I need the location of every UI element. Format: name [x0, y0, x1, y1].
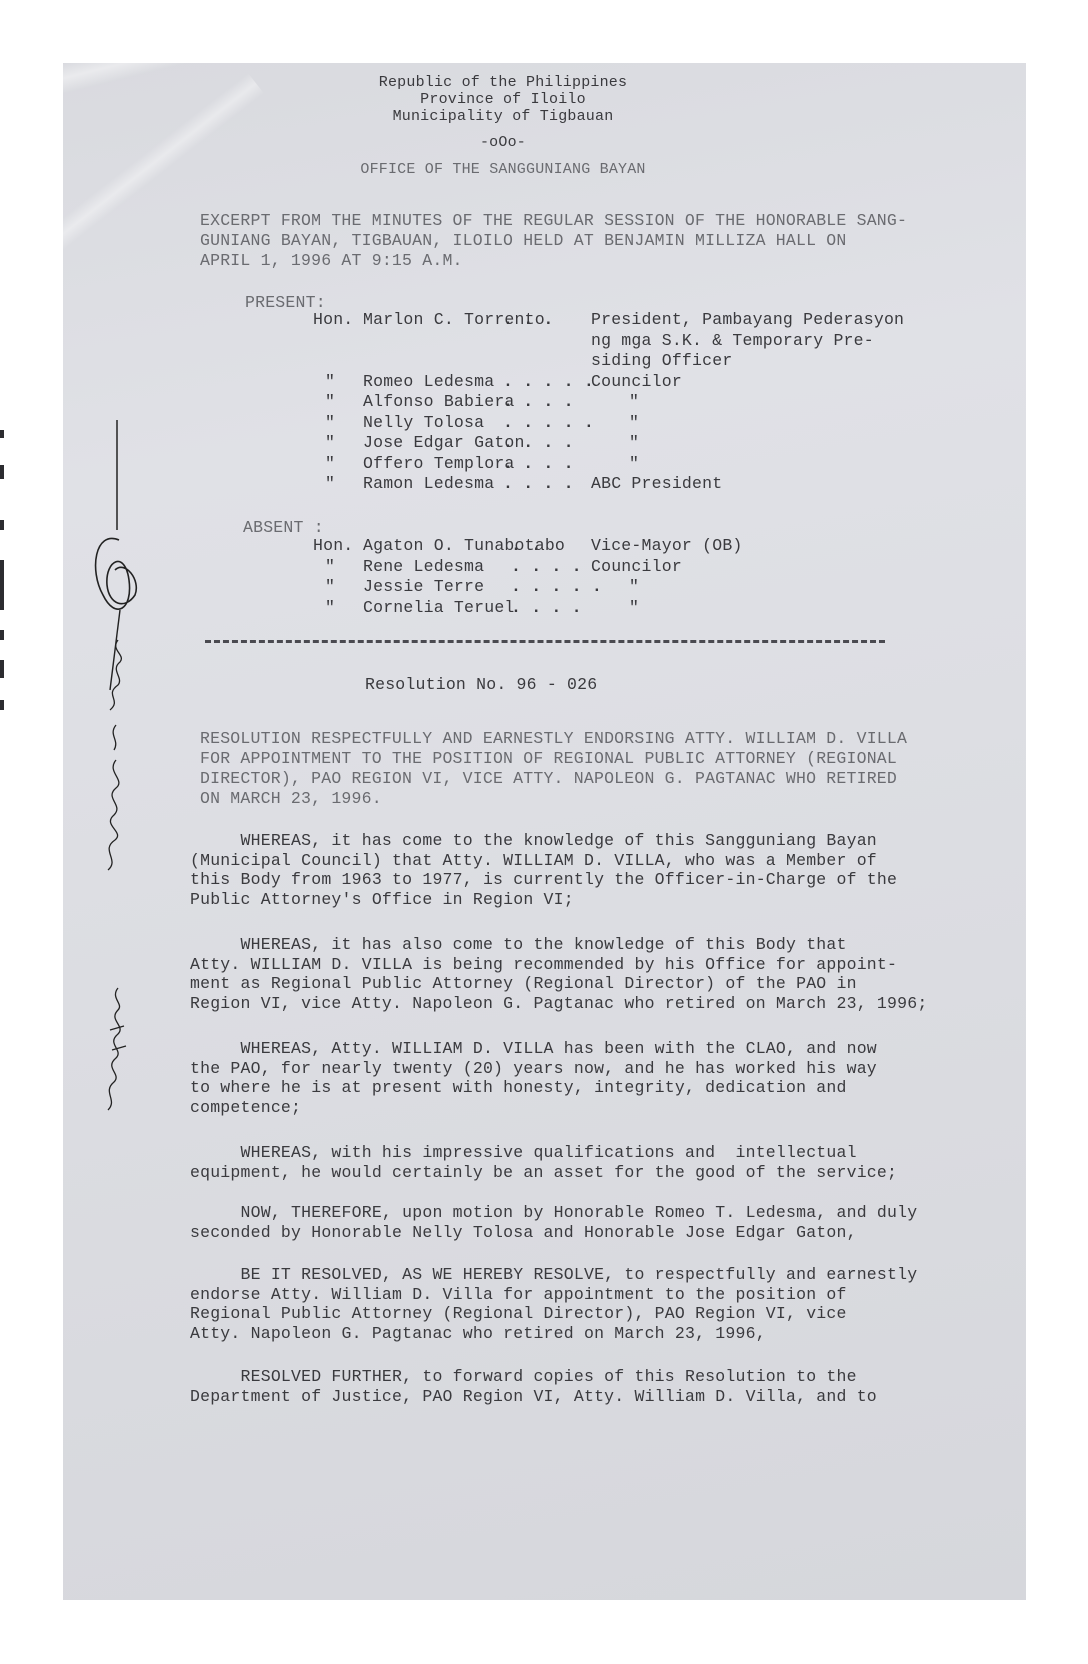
- paragraph-line: Public Attorney's Office in Region VI;: [190, 890, 574, 910]
- paragraph-line: BE IT RESOLVED, AS WE HEREBY RESOLVE, to…: [190, 1265, 917, 1285]
- paragraph-line: NOW, THEREFORE, upon motion by Honorable…: [190, 1203, 917, 1223]
- resolution-title-line: FOR APPOINTMENT TO THE POSITION OF REGIO…: [200, 749, 897, 769]
- paragraph-line: Atty. WILLIAM D. VILLA is being recommen…: [190, 955, 897, 975]
- paragraph-line: WHEREAS, it has also come to the knowled…: [190, 935, 847, 955]
- excerpt-line-3: APRIL 1, 1996 AT 9:15 A.M.: [200, 251, 463, 271]
- member-name: Rene Ledesma: [363, 557, 484, 577]
- member-position: ": [629, 577, 639, 597]
- leader-dots: . . . .: [511, 557, 582, 577]
- member-name: Offero Templora: [363, 454, 515, 474]
- section-divider: [205, 640, 885, 643]
- member-prefix: ": [325, 577, 335, 597]
- leader-dots: . . .: [503, 310, 554, 330]
- member-name: Romeo Ledesma: [363, 372, 494, 392]
- paragraph-line: (Municipal Council) that Atty. WILLIAM D…: [190, 851, 877, 871]
- member-position: ABC President: [591, 474, 722, 494]
- paragraph-line: seconded by Honorable Nelly Tolosa and H…: [190, 1223, 857, 1243]
- member-name: Alfonso Babiera: [363, 392, 515, 412]
- binding-mark: [0, 430, 4, 438]
- member-prefix: ": [325, 454, 335, 474]
- member-position: ": [629, 433, 639, 453]
- resolution-title-line: ON MARCH 23, 1996.: [200, 789, 382, 809]
- paragraph-line: competence;: [190, 1098, 301, 1118]
- binding-mark: [0, 700, 4, 710]
- member-position: Vice-Mayor (OB): [591, 536, 743, 556]
- member-position-continued: ng mga S.K. & Temporary Pre-: [591, 331, 874, 351]
- paragraph-line: RESOLVED FURTHER, to forward copies of t…: [190, 1367, 857, 1387]
- member-position: ": [629, 413, 639, 433]
- member-position: ": [629, 598, 639, 618]
- leader-dots: . . . .: [503, 433, 574, 453]
- document-page: Republic of the Philippines Province of …: [63, 63, 1026, 1600]
- resolution-title-line: DIRECTOR), PAO REGION VI, VICE ATTY. NAP…: [200, 769, 897, 789]
- resolution-title-line: RESOLUTION RESPECTFULLY AND EARNESTLY EN…: [200, 729, 907, 749]
- paragraph-line: WHEREAS, with his impressive qualificati…: [190, 1143, 857, 1163]
- paragraph-line: equipment, he would certainly be an asse…: [190, 1163, 897, 1183]
- member-position: Councilor: [591, 372, 682, 392]
- member-prefix: ": [325, 474, 335, 494]
- member-prefix: ": [325, 413, 335, 433]
- resolution-number: Resolution No. 96 - 026: [365, 675, 597, 695]
- member-name: Jessie Terre: [363, 577, 484, 597]
- member-position: ": [629, 454, 639, 474]
- member-prefix: ": [325, 392, 335, 412]
- member-name: Jose Edgar Gaton: [363, 433, 525, 453]
- leader-dots: . . . .: [503, 474, 574, 494]
- paragraph-line: Region VI, vice Atty. Napoleon G. Pagtan…: [190, 994, 927, 1014]
- header-separator: -oOo-: [63, 133, 943, 153]
- leader-dots: . . . .: [503, 392, 574, 412]
- excerpt-line-2: GUNIANG BAYAN, TIGBAUAN, ILOILO HELD AT …: [200, 231, 847, 251]
- binding-mark: [0, 630, 4, 640]
- member-position: ": [629, 392, 639, 412]
- member-name: Nelly Tolosa: [363, 413, 484, 433]
- paragraph-line: to where he is at present with honesty, …: [190, 1078, 847, 1098]
- leader-dots: . . . . .: [503, 372, 594, 392]
- member-prefix: ": [325, 372, 335, 392]
- paragraph-line: this Body from 1963 to 1977, is currentl…: [190, 870, 897, 890]
- member-prefix: ": [325, 433, 335, 453]
- member-prefix: Hon.: [313, 536, 353, 556]
- paragraph-line: Department of Justice, PAO Region VI, At…: [190, 1387, 877, 1407]
- member-prefix: Hon.: [313, 310, 353, 330]
- leader-dots: . . . . .: [503, 413, 594, 433]
- office-heading: OFFICE OF THE SANGGUNIANG BAYAN: [63, 160, 943, 180]
- member-name: Cornelia Teruel: [363, 598, 515, 618]
- member-position: Councilor: [591, 557, 682, 577]
- member-position: President, Pambayang Pederasyon: [591, 310, 904, 330]
- paragraph-line: Regional Public Attorney (Regional Direc…: [190, 1304, 847, 1324]
- paragraph-line: WHEREAS, Atty. WILLIAM D. VILLA has been…: [190, 1039, 877, 1059]
- member-prefix: ": [325, 557, 335, 577]
- binding-mark: [0, 520, 4, 530]
- leader-dots: . . . . .: [511, 577, 602, 597]
- header-municipality: Municipality of Tigbauan: [63, 107, 943, 127]
- binding-mark: [0, 465, 4, 479]
- binding-mark: [0, 560, 4, 610]
- member-prefix: ": [325, 598, 335, 618]
- leader-dots: . .: [511, 536, 541, 556]
- paragraph-line: WHEREAS, it has come to the knowledge of…: [190, 831, 877, 851]
- paragraph-line: the PAO, for nearly twenty (20) years no…: [190, 1059, 877, 1079]
- member-position-continued: siding Officer: [591, 351, 732, 371]
- member-name: Ramon Ledesma: [363, 474, 494, 494]
- paragraph-line: Atty. Napoleon G. Pagtanac who retired o…: [190, 1324, 766, 1344]
- excerpt-line-1: EXCERPT FROM THE MINUTES OF THE REGULAR …: [200, 211, 907, 231]
- binding-mark: [0, 660, 4, 678]
- absent-label: ABSENT :: [243, 518, 324, 538]
- paragraph-line: ment as Regional Public Attorney (Region…: [190, 974, 857, 994]
- leader-dots: . . . .: [503, 454, 574, 474]
- paragraph-line: endorse Atty. William D. Villa for appoi…: [190, 1285, 847, 1305]
- leader-dots: . . . .: [511, 598, 582, 618]
